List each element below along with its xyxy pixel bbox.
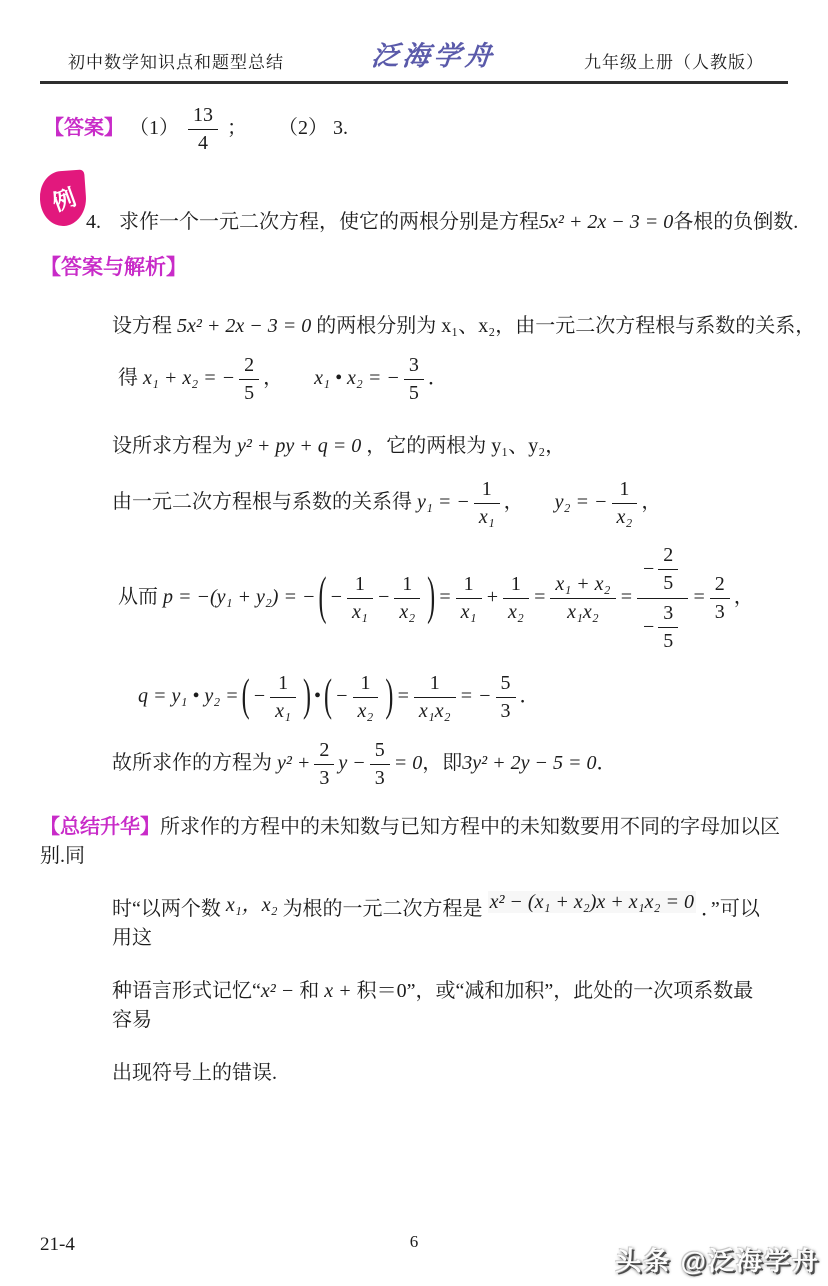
fraction: 1x₁	[456, 573, 482, 624]
fraction-denominator: 3	[710, 599, 730, 624]
page-header: 初中数学知识点和题型总结 泛海学舟 九年级上册（人教版）	[0, 0, 828, 79]
math-token: =	[438, 586, 452, 608]
fraction: 25	[239, 354, 259, 405]
fraction-denominator: 3	[370, 765, 390, 790]
fraction-denominator: 4	[188, 130, 218, 155]
sign: −	[643, 558, 654, 581]
fraction-denominator: x₂	[353, 698, 379, 723]
left-paren: (	[318, 569, 326, 628]
fraction: 1x₂	[612, 478, 638, 529]
fraction: 1x₂	[503, 573, 529, 624]
fraction-denominator: 5	[658, 570, 678, 595]
fraction-numerator: 1	[353, 672, 379, 698]
fraction-numerator: 1	[270, 672, 296, 698]
fraction: 35	[658, 602, 678, 653]
fraction-denominator: 5	[658, 628, 678, 653]
fraction: 1x₁	[270, 672, 296, 723]
fraction-denominator: x₁	[270, 698, 296, 723]
math-token: =	[396, 685, 410, 707]
text-run: ，即	[422, 752, 462, 774]
punctuation: ，	[734, 586, 754, 608]
answer-line: 【答案】 （1） 134 ； （2） 3.	[44, 104, 828, 155]
math-token: y₂ = −	[555, 491, 608, 513]
fraction-numerator: 2	[710, 573, 730, 599]
math-token: =	[533, 586, 547, 608]
math-token: −	[377, 586, 391, 608]
complex-fraction-denominator: −35	[637, 599, 688, 654]
math-token: y₁ = −	[417, 491, 470, 513]
example-text-after: 各根的负倒数.	[673, 211, 798, 233]
fraction: 35	[404, 354, 424, 405]
fraction-denominator: 5	[239, 380, 259, 405]
fraction: x₁ + x₂x₁x₂	[550, 573, 615, 624]
analysis-section: 【答案与解析】	[40, 251, 828, 281]
punctuation: ．	[597, 752, 617, 774]
fraction-numerator: 1	[456, 573, 482, 599]
text-run: ，它的两根为 y₁、y₂，	[366, 435, 565, 457]
answer-separator: ；	[227, 117, 247, 139]
right-paren: )	[303, 672, 311, 723]
punctuation: ，	[641, 491, 661, 513]
math-token: +	[486, 586, 500, 608]
solution-line-2: 得 x₁ + x₂ = −25， x₁ • x₂ = −35．	[118, 354, 828, 405]
summary-line-1: 【总结升华】所求作的方程中的未知数与已知方程中的未知数要用不同的字母加以区别.同	[40, 810, 788, 868]
text-run: 得	[118, 367, 138, 389]
math-token: −	[329, 586, 343, 608]
math-inline: 3y² + 2y − 5 = 0	[462, 752, 596, 774]
fraction-denominator: x₁x₂	[414, 698, 456, 723]
text-run: 故所求作的方程为	[112, 752, 272, 774]
brand-logo: 泛海学舟	[370, 34, 498, 73]
solution-line-7: 故所求作的方程为 y² +23y −53= 0，即3y² + 2y − 5 = …	[112, 739, 828, 790]
example-block: 例 4.求作一个一元二次方程，使它的两根分别是方程5x² + 2x − 3 = …	[40, 169, 828, 245]
header-divider	[40, 81, 788, 84]
summary-line-2: 时“以两个数 x₁，x₂ 为根的一元二次方程是 x² − (x₁ + x₂)x …	[112, 892, 768, 950]
answer-tag: 【答案】	[44, 117, 124, 139]
example-text: 4.求作一个一元二次方程，使它的两根分别是方程5x² + 2x − 3 = 0各…	[86, 205, 798, 234]
math-token: y² +	[277, 752, 310, 774]
sign: −	[643, 616, 654, 639]
fraction-numerator: 3	[658, 602, 678, 628]
example-equation: 5x² + 2x − 3 = 0	[539, 211, 673, 233]
fraction-numerator: 2	[658, 544, 678, 570]
fraction-numerator: 13	[188, 104, 218, 130]
example-text-before: 求作一个一元二次方程，使它的两根分别是方程	[119, 211, 539, 233]
solution-line-5: 从而 p = −(y₁ + y₂) = −(−1x₁−1x₂)=1x₁+1x₂=…	[118, 543, 828, 654]
right-paren: )	[385, 672, 393, 723]
fraction: 1x₁	[474, 478, 500, 529]
punctuation: ．	[520, 685, 540, 707]
fraction-numerator: 1	[394, 573, 420, 599]
answer-part2-value: 3.	[333, 117, 348, 139]
math-token: −	[335, 685, 349, 707]
math-inline: y² + py + q = 0	[237, 435, 361, 457]
complex-fraction-numerator: −25	[637, 543, 688, 599]
text-run: 种语言形式记忆“	[112, 980, 261, 1002]
fraction-denominator: x₂	[612, 504, 638, 529]
text-run: 设方程	[112, 315, 172, 337]
fraction-numerator: x₁ + x₂	[550, 573, 615, 599]
fraction: 1x₁x₂	[414, 672, 456, 723]
left-paren: (	[242, 672, 250, 723]
complex-fraction: −25−35	[637, 543, 688, 654]
math-inline: x₁，x₂	[226, 894, 278, 916]
math-token: x² −	[261, 980, 294, 1002]
math-token: q = y₁ • y₂ =	[138, 685, 239, 707]
example-badge-icon: 例	[38, 169, 88, 227]
fraction: 25	[658, 544, 678, 595]
fraction: 23	[314, 739, 334, 790]
fraction-denominator: 3	[314, 765, 334, 790]
math-inline: 5x² + 2x − 3 = 0	[177, 315, 311, 337]
solution-line-4: 由一元二次方程根与系数的关系得 y₁ = −1x₁， y₂ = −1x₂，	[112, 478, 828, 529]
solution-line-3: 设所求方程为 y² + py + q = 0 ，它的两根为 y₁、y₂，	[112, 429, 828, 458]
watermark: 头条 @泛海学舟	[615, 1241, 820, 1278]
example-number: 4.	[86, 211, 101, 233]
fraction: 1x₂	[353, 672, 379, 723]
text-run: 和	[299, 980, 319, 1002]
fraction-denominator: x₂	[394, 599, 420, 624]
summary-line-3: 种语言形式记忆“x² − 和 x + 积＝0”，或“减和加积”，此处的一次项系数…	[112, 974, 768, 1032]
fraction-denominator: x₁x₂	[550, 599, 615, 624]
summary-tag: 【总结升华】	[40, 816, 160, 838]
fraction-denominator: x₁	[456, 599, 482, 624]
punctuation: ，	[504, 491, 524, 513]
header-left-title: 初中数学知识点和题型总结	[68, 48, 284, 73]
fraction-numerator: 5	[370, 739, 390, 765]
solution-line-6: q = y₁ • y₂ =(−1x₁)•(−1x₂)=1x₁x₂= −53．	[138, 672, 828, 723]
fraction: 23	[710, 573, 730, 624]
fraction-denominator: 3	[496, 698, 516, 723]
left-paren: (	[324, 672, 332, 723]
fraction-numerator: 2	[314, 739, 334, 765]
text-run: 的两根分别为 x₁、x₂，由一元二次方程根与系数的关系，	[316, 315, 815, 337]
text-run: 出现符号上的错误.	[112, 1062, 277, 1084]
math-token: = −	[460, 685, 492, 707]
text-run: 由一元二次方程根与系数的关系得	[112, 491, 412, 513]
math-inline: x² − (x₁ + x₂)x + x₁x₂ = 0	[488, 891, 696, 913]
math-token: −	[253, 685, 267, 707]
right-paren: )	[427, 569, 435, 628]
fraction: 1x₁	[347, 573, 373, 624]
math-token: y −	[338, 752, 365, 774]
summary-line-4: 出现符号上的错误.	[112, 1056, 768, 1085]
fraction-numerator: 3	[404, 354, 424, 380]
document-page: 初中数学知识点和题型总结 泛海学舟 九年级上册（人教版） 【答案】 （1） 13…	[0, 0, 828, 1286]
answer-part1-label: （1）	[129, 117, 179, 139]
fraction-denominator: x₂	[503, 599, 529, 624]
fraction: 53	[370, 739, 390, 790]
punctuation: ．	[428, 367, 448, 389]
fraction-numerator: 2	[239, 354, 259, 380]
dot-operator: •	[314, 685, 321, 707]
answer-part2-label: （2）	[278, 117, 328, 139]
fraction-numerator: 1	[414, 672, 456, 698]
fraction-denominator: x₁	[474, 504, 500, 529]
header-right-title: 九年级上册（人教版）	[584, 48, 764, 73]
text-run: 设所求方程为	[112, 435, 232, 457]
math-token: =	[620, 586, 634, 608]
fraction: 134	[188, 104, 218, 155]
text-run: 从而	[118, 586, 158, 608]
punctuation: ，	[263, 367, 283, 389]
math-token: =	[692, 586, 706, 608]
math-token: = 0	[394, 752, 423, 774]
fraction-numerator: 1	[474, 478, 500, 504]
example-badge-label: 例	[47, 179, 80, 218]
fraction-numerator: 1	[612, 478, 638, 504]
analysis-tag: 【答案与解析】	[40, 255, 187, 279]
fraction-denominator: x₁	[347, 599, 373, 624]
fraction-numerator: 5	[496, 672, 516, 698]
text-run: 为根的一元二次方程是	[283, 898, 483, 920]
math-token: x₁ • x₂ = −	[314, 367, 400, 389]
text-run: 时“以两个数	[112, 898, 221, 920]
fraction-numerator: 1	[503, 573, 529, 599]
fraction-numerator: 1	[347, 573, 373, 599]
solution-line-1: 设方程 5x² + 2x − 3 = 0 的两根分别为 x₁、x₂，由一元二次方…	[112, 309, 828, 338]
math-token: x₁ + x₂ = −	[143, 367, 235, 389]
math-token: x +	[324, 980, 351, 1002]
fraction: 53	[496, 672, 516, 723]
math-token: p = −(y₁ + y₂) = −	[163, 586, 315, 608]
fraction-denominator: 5	[404, 380, 424, 405]
fraction: 1x₂	[394, 573, 420, 624]
